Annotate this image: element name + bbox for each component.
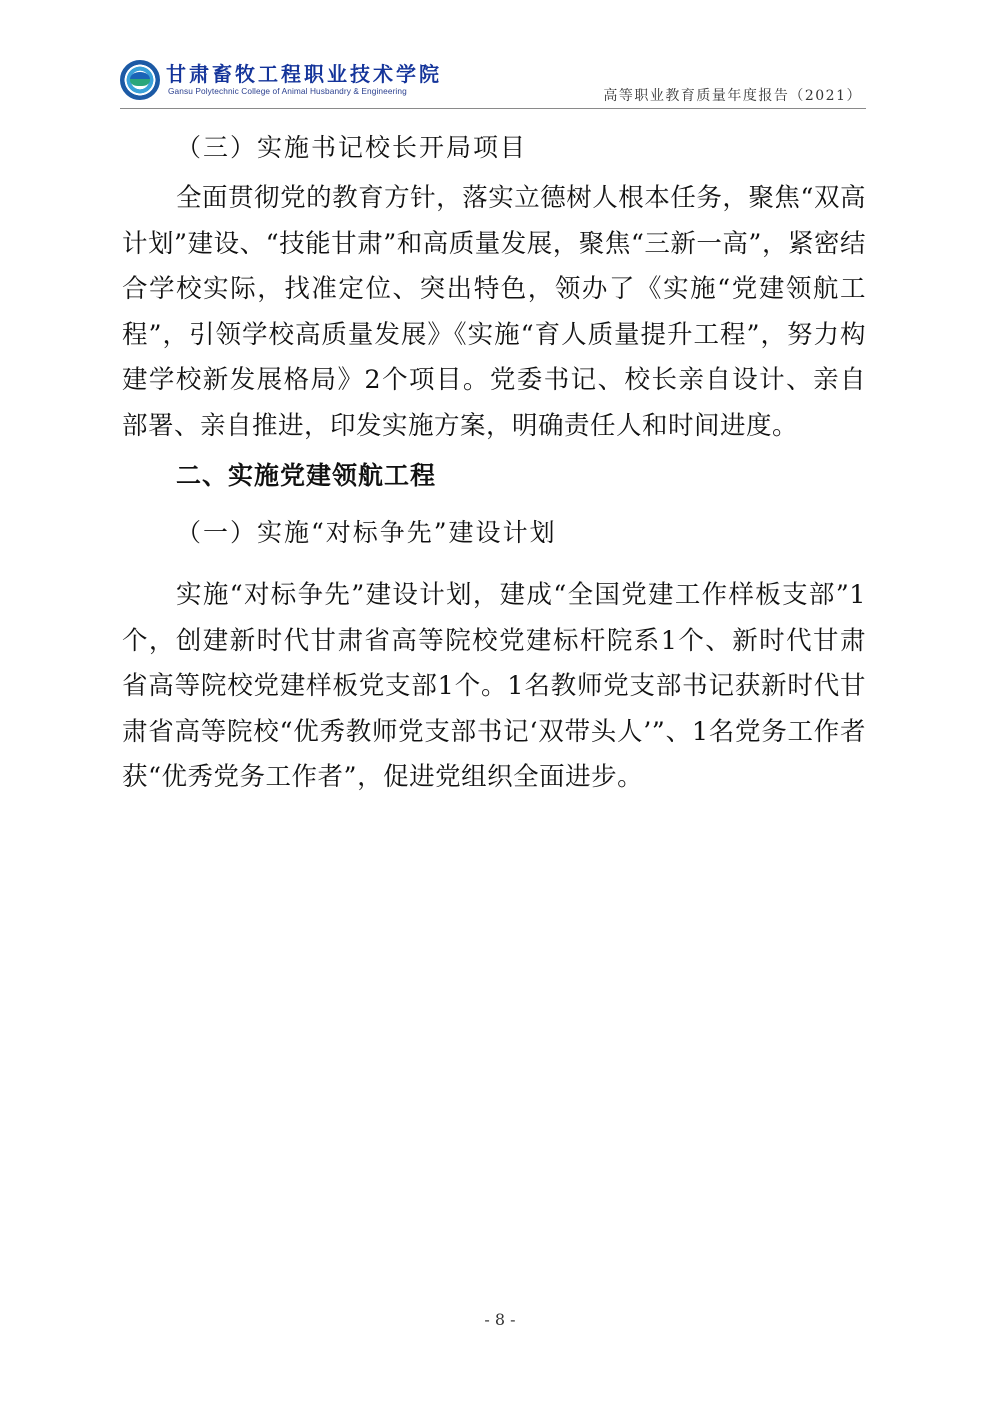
paragraph-benchmark: 实施“对标争先”建设计划，建成“全国党建工作样板支部”1个，创建新时代甘肃省高等…	[122, 573, 866, 801]
document-body: （三）实施书记校长开局项目 全面贯彻党的教育方针，落实立德树人根本任务，聚焦“双…	[122, 126, 866, 801]
page-number: - 8 -	[0, 1310, 1000, 1329]
paragraph-projects: 全面贯彻党的教育方针，落实立德树人根本任务，聚焦“双高计划”建设、“技能甘肃”和…	[122, 176, 866, 449]
college-name-en: Gansu Polytechnic College of Animal Husb…	[168, 86, 407, 96]
college-emblem-icon	[120, 60, 160, 100]
report-title: 高等职业教育质量年度报告（2021）	[603, 85, 862, 105]
page-header: 甘肃畜牧工程职业技术学院 Gansu Polytechnic College o…	[120, 58, 866, 109]
college-name-cn: 甘肃畜牧工程职业技术学院	[166, 58, 442, 87]
section-heading-secretary-principal-projects: （三）实施书记校长开局项目	[122, 126, 866, 170]
emblem-wave-icon	[130, 72, 150, 86]
section-heading-benchmark-plan: （一）实施“对标争先”建设计划	[122, 511, 866, 555]
section-heading-party-building: 二、实施党建领航工程	[122, 451, 866, 501]
